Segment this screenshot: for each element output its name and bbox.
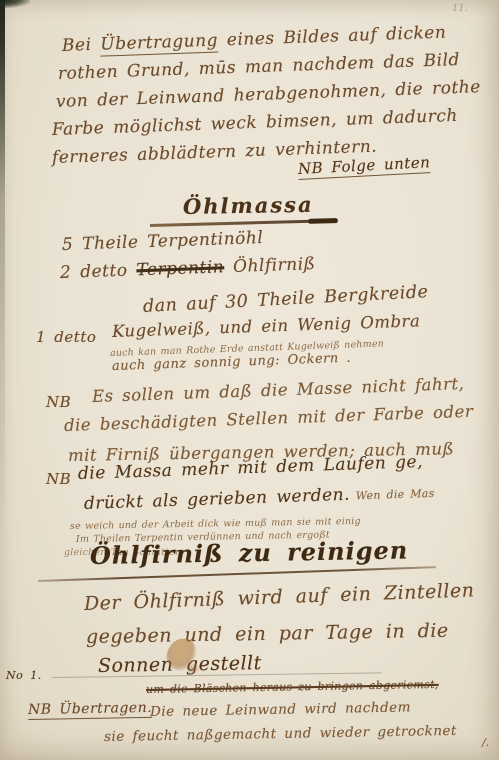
firniss-heading: Öhlfirniß zu reinigen xyxy=(90,535,409,570)
nb1-line-2: die beschädigten Stellen mit der Farbe o… xyxy=(64,402,474,435)
oelmassa-heading-underline xyxy=(150,219,336,226)
folio-number: 11. xyxy=(452,3,468,14)
bottom-corner-mark: /. xyxy=(482,736,489,749)
intro-line-1-underlined-word: Übertragung xyxy=(100,31,218,57)
intro-line-1-post: eines Bildes auf dicken xyxy=(218,23,447,51)
nb2-line-2: drückt als gerieben werden. Wen die Mas xyxy=(84,482,435,514)
nb1-label: NB xyxy=(46,393,71,411)
ink-stain-tail xyxy=(186,663,200,675)
bottom-nb-label-text: NB Übertragen. xyxy=(28,700,152,720)
nb1-line-1: Es sollen um daß die Masse nicht fahrt, xyxy=(92,374,465,406)
intro-line-4: Farbe möglichst weck bimsen, um dadurch xyxy=(52,106,458,140)
bottom-nb-line-2: sie feucht naßgemacht und wieder getrock… xyxy=(104,723,457,745)
binding-edge xyxy=(0,0,5,760)
manuscript-page: 11. Bei Übertragung eines Bildes auf dic… xyxy=(0,0,499,760)
nb2-label: NB xyxy=(46,470,71,488)
firniss-line-2: gegeben und ein par Tage in die xyxy=(86,620,449,648)
oelmassa-heading: Öhlmassa xyxy=(183,192,314,219)
intro-line-1: Bei Übertragung eines Bildes auf dicken xyxy=(62,23,447,56)
nb2-line-2-small: Wen die Mas xyxy=(350,487,435,503)
nb2-line-2-main: drückt als gerieben werden. xyxy=(84,485,351,514)
margin-number: No 1. xyxy=(6,669,42,682)
recipe-item-2-qty: 2 detto xyxy=(60,260,137,283)
bottom-nb-line-1: Die neue Leinwand wird nachdem xyxy=(150,699,411,720)
page-corner-shadow xyxy=(0,0,30,8)
recipe-item-2: 2 detto Terpentin Öhlfirniß xyxy=(60,254,316,283)
intro-line-1-pre: Bei xyxy=(62,35,101,56)
struck-interline-note: um die Bläschen heraus zu bringen abgeri… xyxy=(146,678,439,696)
recipe-item-1: 5 Theile Terpentinöhl xyxy=(62,228,264,255)
recipe-item-4-label: 1 detto xyxy=(36,328,96,346)
bottom-nb-label: NB Übertragen. xyxy=(28,700,152,718)
recipe-item-2-text: Öhlfirniß xyxy=(224,254,316,277)
recipe-item-2-crossed-out-word: Terpentin xyxy=(136,257,224,280)
firniss-line-1: Der Öhlfirniß wird auf ein Zintellen xyxy=(84,579,475,615)
